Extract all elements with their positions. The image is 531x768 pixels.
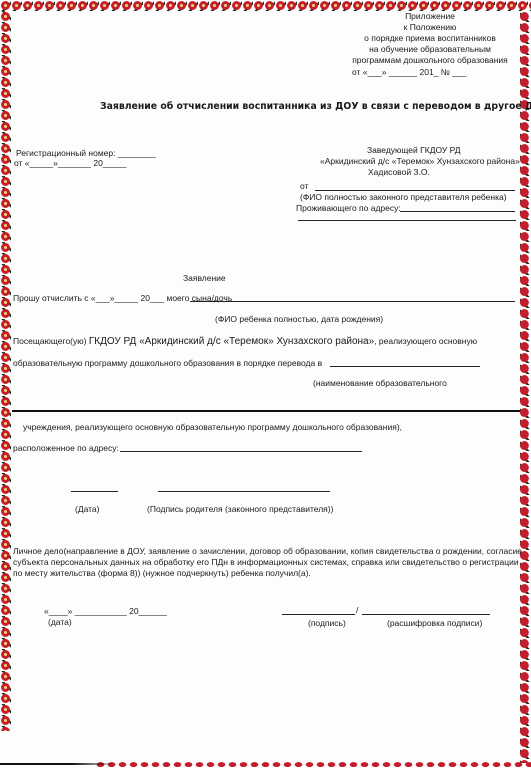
from-label: от: [300, 181, 308, 192]
receipt-decoding-caption: (расшифровка подписи): [387, 618, 482, 629]
institution-field-full-line[interactable]: [12, 410, 520, 412]
receipt-text-line: субъекта персональных данных на обработк…: [13, 557, 519, 568]
decorative-border-bottom: [95, 761, 531, 767]
decorative-border-top: [0, 0, 531, 11]
address-label: Проживающего по адресу:: [296, 203, 401, 214]
bottom-rule: [0, 763, 120, 765]
location-address-field-line[interactable]: [120, 451, 362, 452]
kindergarten-name: ГКДОУ РД «Аркидинский д/с «Теремок» Хунз…: [89, 336, 374, 347]
date-caption: (Дата): [75, 504, 99, 515]
institution-hint-1: (наименование образовательного: [313, 378, 447, 389]
appendix-line: о порядке приема воспитанников: [330, 33, 530, 44]
signature-separator: /: [356, 605, 358, 616]
statement-heading: Заявление: [183, 273, 226, 284]
attending-line: Посещающего(ую) ГКДОУ РД «Аркидинский д/…: [13, 336, 477, 347]
decorative-border-left: [0, 11, 11, 731]
document-title: Заявление об отчислении воспитанника из …: [100, 101, 531, 112]
decorative-border-right: [520, 11, 531, 763]
receipt-date-caption: (дата): [48, 617, 72, 628]
appendix-line: Приложение: [330, 11, 530, 22]
address-field-line[interactable]: [400, 211, 515, 212]
program-line: образовательную программу дошкольного об…: [13, 358, 322, 369]
receipt-date-line: «____» ___________ 20______: [44, 606, 167, 617]
addressee-line-1: Заведующей ГКДОУ РД: [367, 145, 461, 156]
institution-field-line[interactable]: [330, 366, 480, 367]
signature-field-line[interactable]: [158, 491, 330, 492]
child-hint: (ФИО ребенка полностью, дата рождения): [215, 314, 383, 325]
receipt-text-line: по месту жительства (форма 8)) (нужное п…: [13, 568, 311, 579]
attending-prefix: Посещающего(ую): [13, 336, 89, 346]
date-field-line[interactable]: [71, 491, 118, 492]
from-hint: (ФИО полностью законного представителя р…: [300, 192, 507, 203]
request-line: Прошу отчислить с «___»_____ 20___ моего…: [13, 293, 232, 304]
appendix-line: к Положению: [330, 22, 530, 33]
receipt-signature-caption: (подпись): [308, 618, 346, 629]
appendix-date-line: от «___» ______ 201_ № ___: [352, 67, 466, 78]
receipt-signature-line[interactable]: [282, 614, 355, 615]
location-address-label: расположенное по адресу:: [13, 443, 119, 454]
appendix-line: на обучение образовательным: [330, 44, 530, 55]
child-name-field-line[interactable]: [190, 301, 515, 302]
attending-suffix: , реализующего основную: [374, 336, 477, 346]
addressee-line-3: Хадисовой З.О.: [368, 167, 430, 178]
from-field-line[interactable]: [315, 190, 515, 191]
appendix-line: программам дошкольного образования: [330, 55, 530, 66]
addressee-line-2: «Аркидинский д/с «Теремок» Хунзахского р…: [320, 156, 520, 167]
registration-date: от «_____»_______ 20_____: [14, 158, 126, 169]
address-field-line-2[interactable]: [298, 220, 516, 221]
signature-caption: (Подпись родителя (законного представите…: [147, 504, 333, 515]
receipt-text-line: Личное дело(направление в ДОУ, заявление…: [13, 546, 522, 557]
receipt-decoding-line[interactable]: [362, 614, 490, 615]
institution-hint-2: учреждения, реализующего основную образо…: [23, 422, 402, 433]
